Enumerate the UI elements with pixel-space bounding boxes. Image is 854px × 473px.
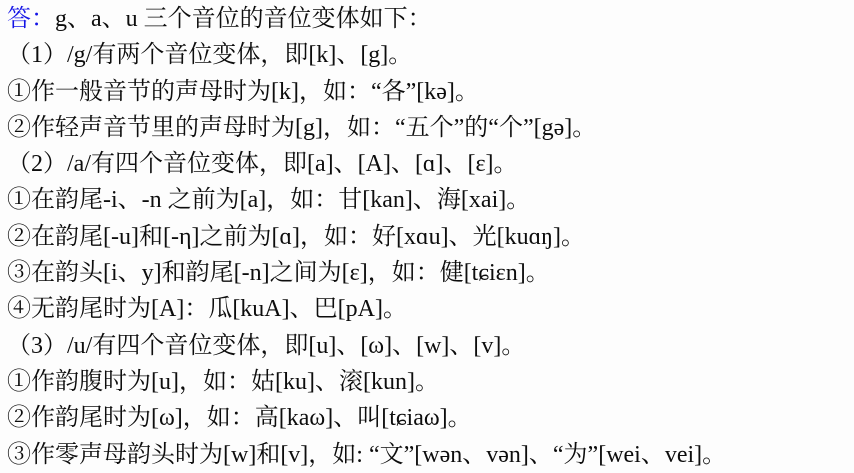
text-line: （3）/u/有四个音位变体，即[u]、[ω]、[w]、[v]。 xyxy=(7,328,854,364)
text-line: ②作韵尾时为[ω]，如：高[kaω]、叫[tɕiaω]。 xyxy=(7,400,854,436)
text-line: ③在韵头[i、y]和韵尾[-n]之间为[ɛ]，如：健[tɕiɛn]。 xyxy=(7,255,854,291)
text-line: ④无韵尾时为[A]：瓜[kuA]、巴[pA]。 xyxy=(7,291,854,327)
text-line: ③作零声母韵头时为[w]和[v]，如: “文”[wən、vən]、“为”[wei… xyxy=(7,437,854,473)
text-line: ①在韵尾-i、-n 之前为[a]，如：甘[kan]、海[xai]。 xyxy=(7,182,854,218)
text-line: （2）/a/有四个音位变体，即[a]、[A]、[ɑ]、[ɛ]。 xyxy=(7,146,854,182)
text-line: ①作韵腹时为[u]，如：姑[ku]、滚[kun]。 xyxy=(7,364,854,400)
text-line: ②在韵尾[-u]和[-η]之前为[ɑ]，如：好[xɑu]、光[kuɑŋ]。 xyxy=(7,219,854,255)
text-line: ①作一般音节的声母时为[k]，如：“各”[kə]。 xyxy=(7,74,854,110)
document-page: 答：g、a、u 三个音位的音位变体如下： （1）/g/有两个音位变体，即[k]、… xyxy=(0,0,854,473)
text-line: ②作轻声音节里的声母时为[g]，如：“五个”的“个”[gə]。 xyxy=(7,110,854,146)
answer-label: 答： xyxy=(7,6,55,32)
answer-line-text: g、a、u 三个音位的音位变体如下： xyxy=(55,6,432,32)
answer-line: 答：g、a、u 三个音位的音位变体如下： xyxy=(7,1,854,37)
text-line: （1）/g/有两个音位变体，即[k]、[g]。 xyxy=(7,37,854,73)
